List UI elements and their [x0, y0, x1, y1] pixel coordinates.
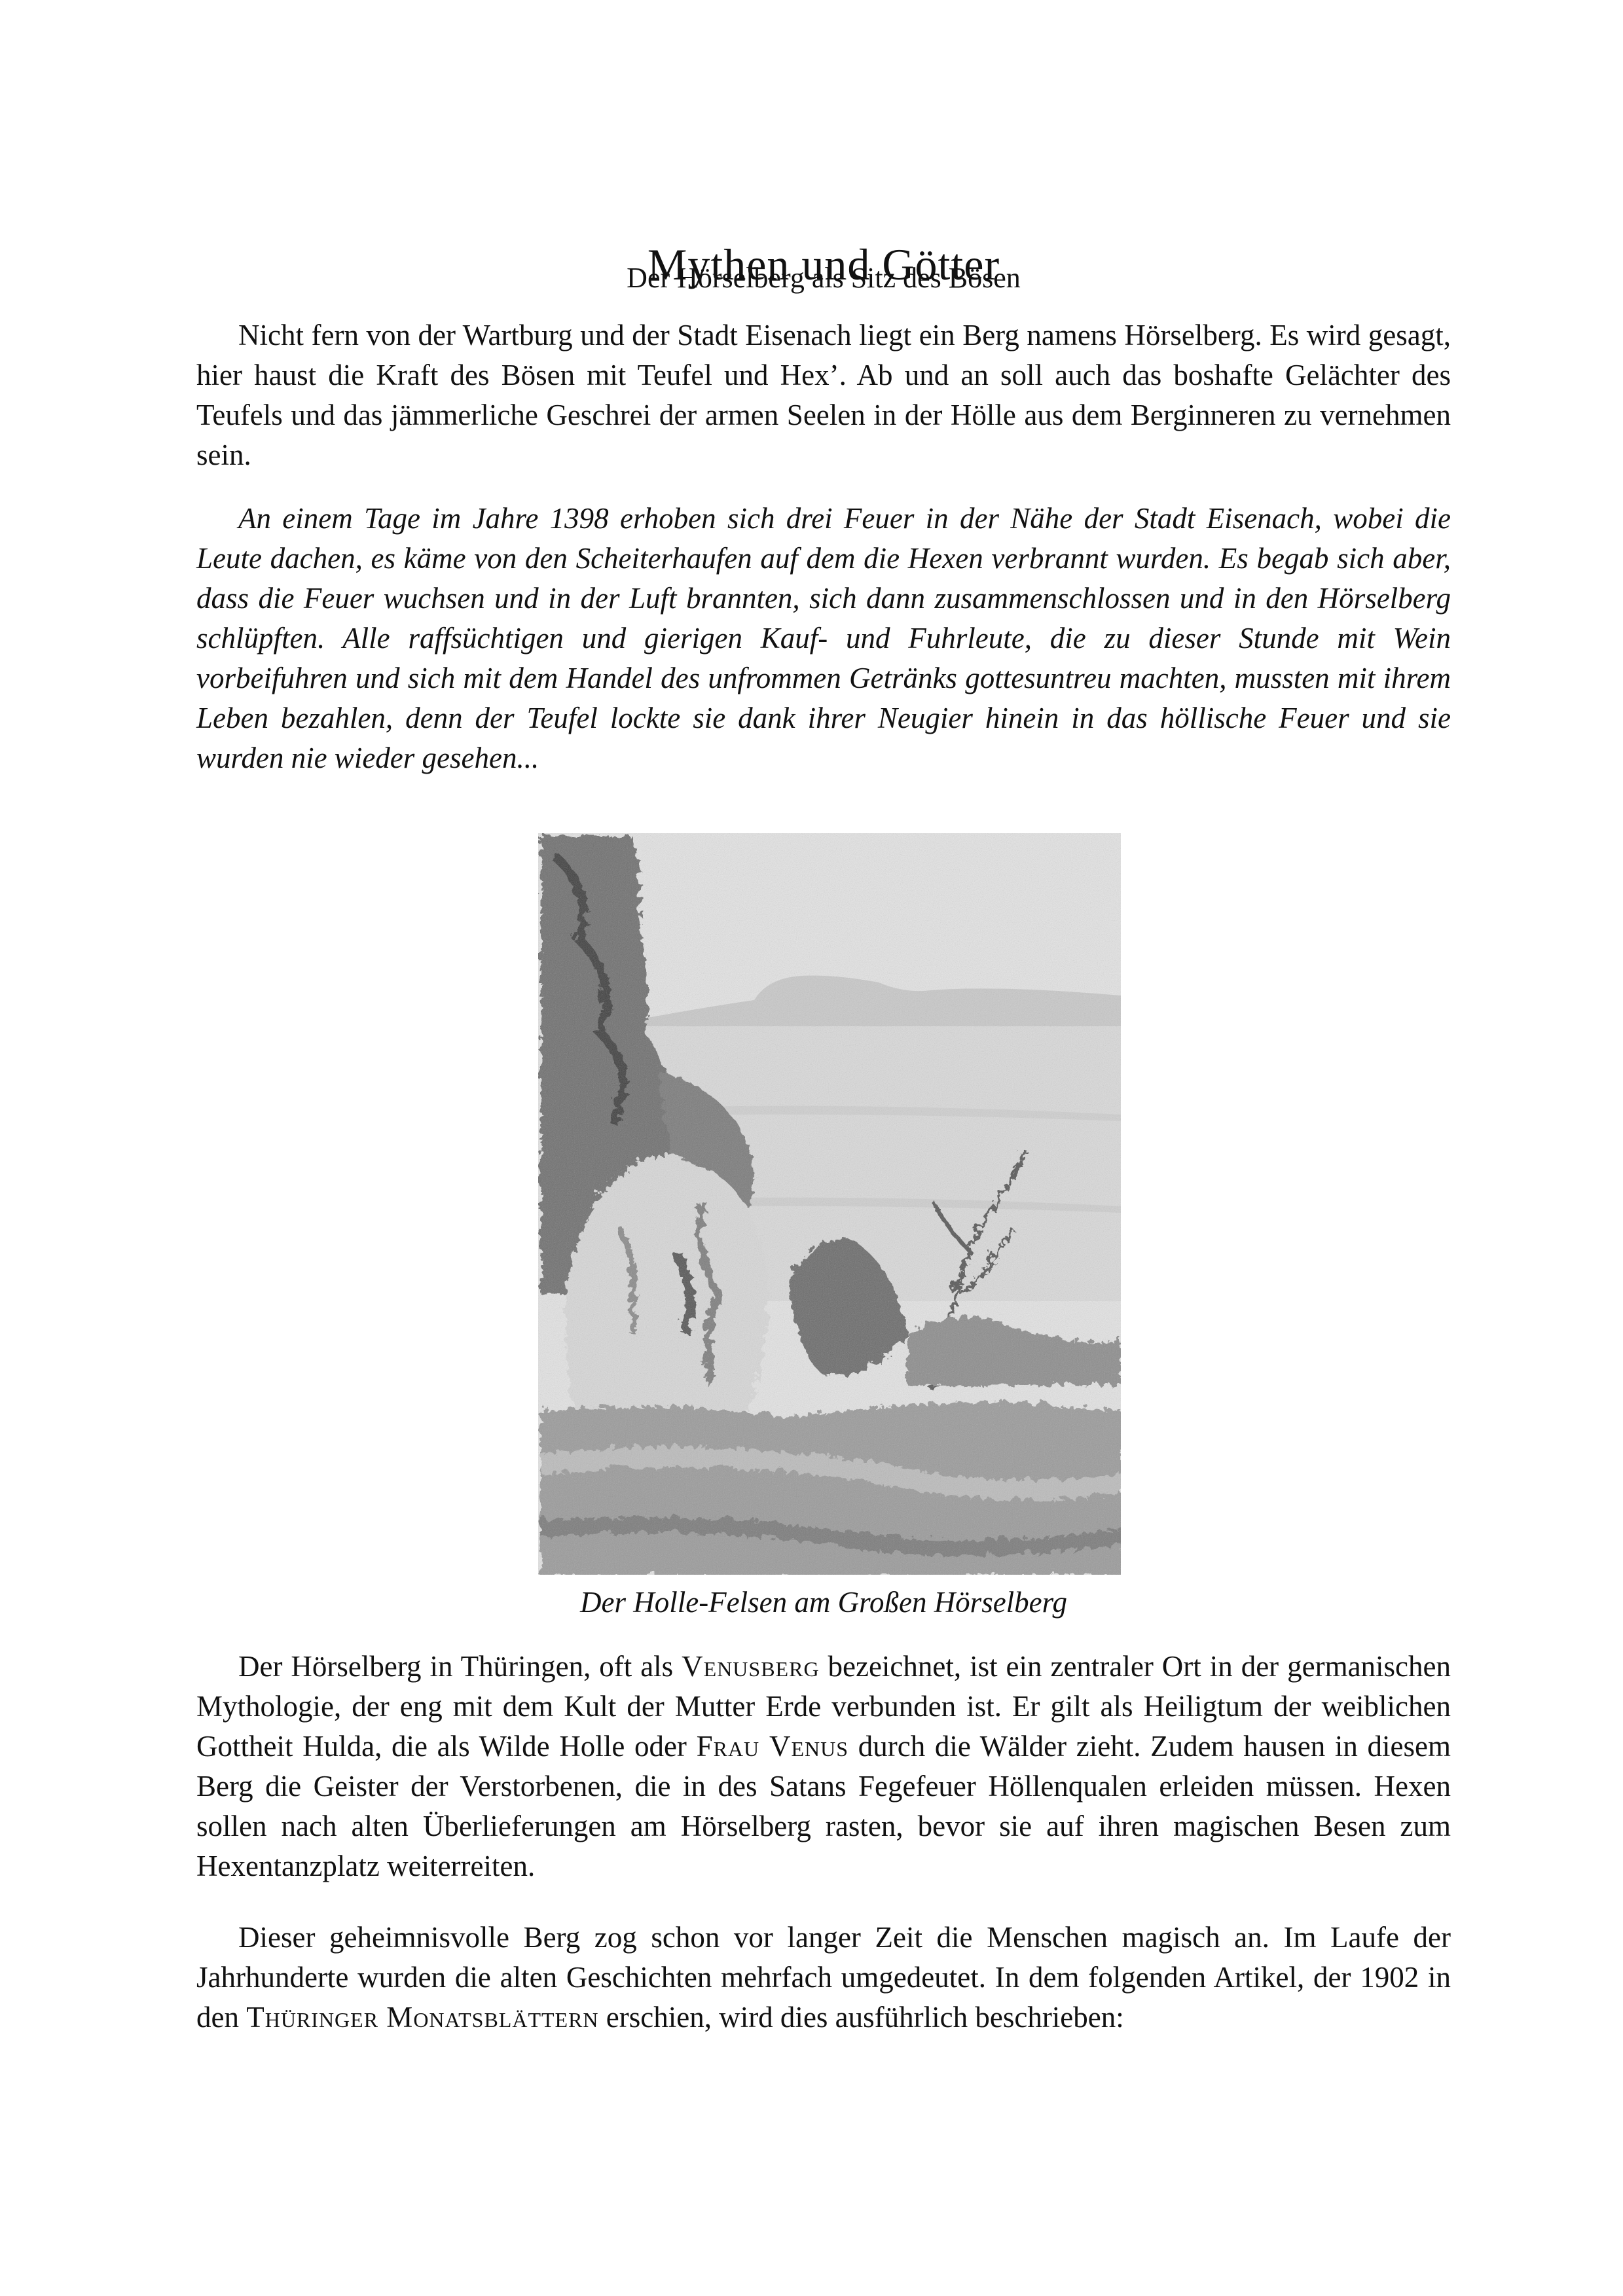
venusberg-text-1: Der Hörselberg in Thüringen, oft als [238, 1650, 682, 1683]
monatsblaetter-smallcaps: Thüringer Monatsblättern [246, 2001, 598, 2034]
holle-felsen-illustration [538, 833, 1121, 1575]
landscape-sketch-image [538, 833, 1121, 1575]
venusberg-smallcaps: Venusberg [682, 1650, 819, 1683]
page-subtitle: Der Hörselberg als Sitz des Bösen [196, 260, 1451, 296]
intro-paragraph: Nicht fern von der Wartburg und der Stad… [196, 315, 1451, 475]
venusberg-paragraph: Der Hörselberg in Thüringen, oft als Ven… [196, 1647, 1451, 1886]
legend-paragraph: An einem Tage im Jahre 1398 erhoben sich… [196, 499, 1451, 778]
figure-caption: Der Holle-Felsen am Großen Hörselberg [196, 1583, 1451, 1622]
article-paragraph: Dieser geheimnisvolle Berg zog schon vor… [196, 1918, 1451, 2037]
frau-venus-smallcaps: Frau Venus [697, 1730, 849, 1763]
article-text-2: erschien, wird dies ausführlich beschrie… [599, 2001, 1124, 2034]
